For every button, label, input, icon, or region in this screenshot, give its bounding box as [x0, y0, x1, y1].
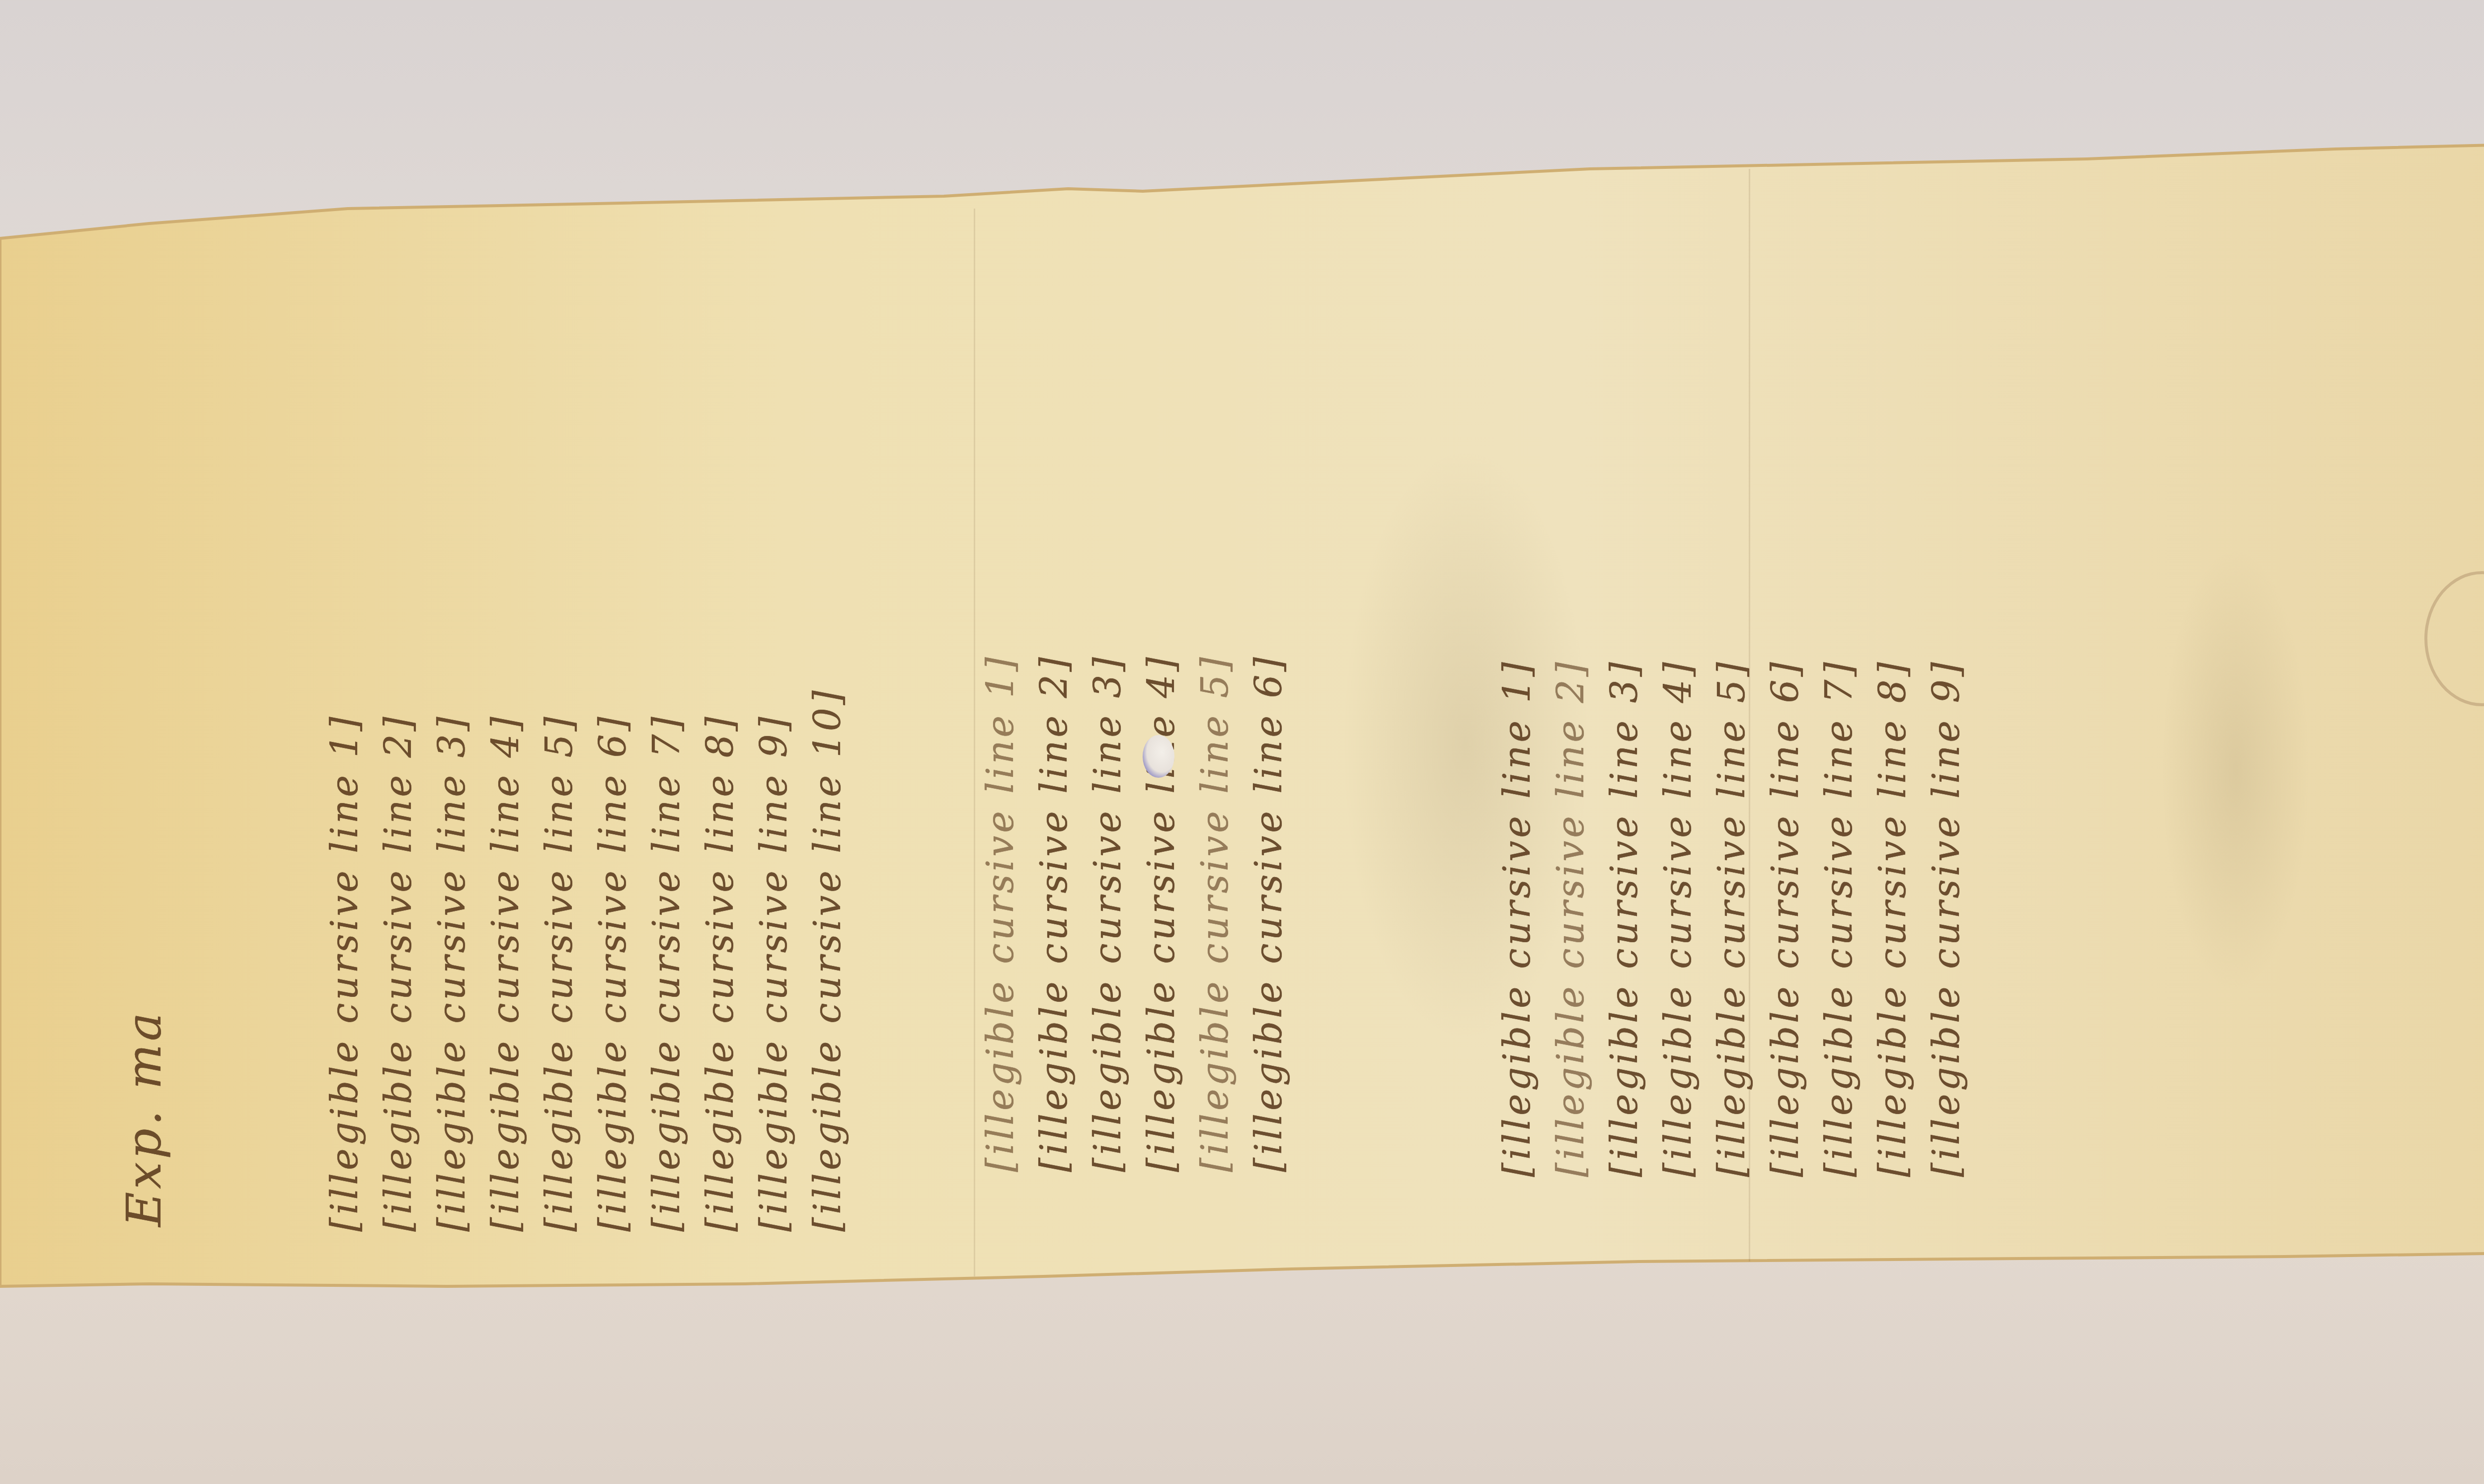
letter-line: [illegible cursive line 6]	[1242, 238, 1296, 1172]
letter-line: [illegible cursive line 5]	[533, 238, 586, 1232]
letter-line: [illegible cursive line 5]	[1705, 209, 1759, 1177]
letter-line: [illegible cursive line 6]	[586, 238, 640, 1232]
letter-line: [illegible cursive line 1]	[1490, 209, 1544, 1177]
letter-line: [illegible cursive line 1]	[318, 238, 372, 1232]
signature-text: Exp. ma	[114, 968, 174, 1227]
letter-line: [illegible cursive line 8]	[694, 238, 747, 1232]
letter-line: [illegible cursive line 2]	[1544, 209, 1598, 1177]
main-letter-block: [illegible cursive line 1] [illegible cu…	[318, 238, 854, 1232]
right-text-block: [illegible cursive line 1] [illegible cu…	[1490, 209, 1973, 1177]
paper-hole	[1143, 735, 1174, 778]
letter-line: [illegible cursive line 2]	[372, 238, 425, 1232]
letter-line: [illegible cursive line 5]	[1188, 238, 1242, 1172]
signature-block: Exp. ma	[114, 968, 174, 1227]
letter-line: [illegible cursive line 7]	[640, 238, 694, 1232]
letter-line: [illegible cursive line 10]	[801, 238, 854, 1232]
address-block: [illegible cursive address line 1] [ille…	[2474, 149, 2484, 1266]
middle-text-block: [illegible cursive line 1] [illegible cu…	[974, 238, 1296, 1172]
letter-line: [illegible cursive line 9]	[1920, 209, 1973, 1177]
letter-line: [illegible cursive line 9]	[747, 238, 801, 1232]
letter-line: [illegible cursive line 4]	[1135, 238, 1188, 1172]
letter-line: [illegible cursive line 8]	[1866, 209, 1920, 1177]
letter-line: [illegible cursive line 4]	[479, 238, 533, 1232]
paper-stain	[2161, 546, 2310, 993]
letter-line: [illegible cursive line 3]	[425, 238, 479, 1232]
letter-line: [illegible cursive line 2]	[1027, 238, 1081, 1172]
manuscript-page: Exp. ma [illegible cursive line 1] [ille…	[0, 0, 2484, 1484]
address-line: [illegible cursive address line 1]	[2474, 149, 2484, 1266]
letter-line: [illegible cursive line 3]	[1598, 209, 1651, 1177]
letter-line: [illegible cursive line 7]	[1812, 209, 1866, 1177]
letter-line: [illegible cursive line 1]	[974, 238, 1027, 1172]
letter-line: [illegible cursive line 6]	[1759, 209, 1812, 1177]
letter-line: [illegible cursive line 4]	[1651, 209, 1705, 1177]
letter-line: [illegible cursive line 3]	[1081, 238, 1135, 1172]
